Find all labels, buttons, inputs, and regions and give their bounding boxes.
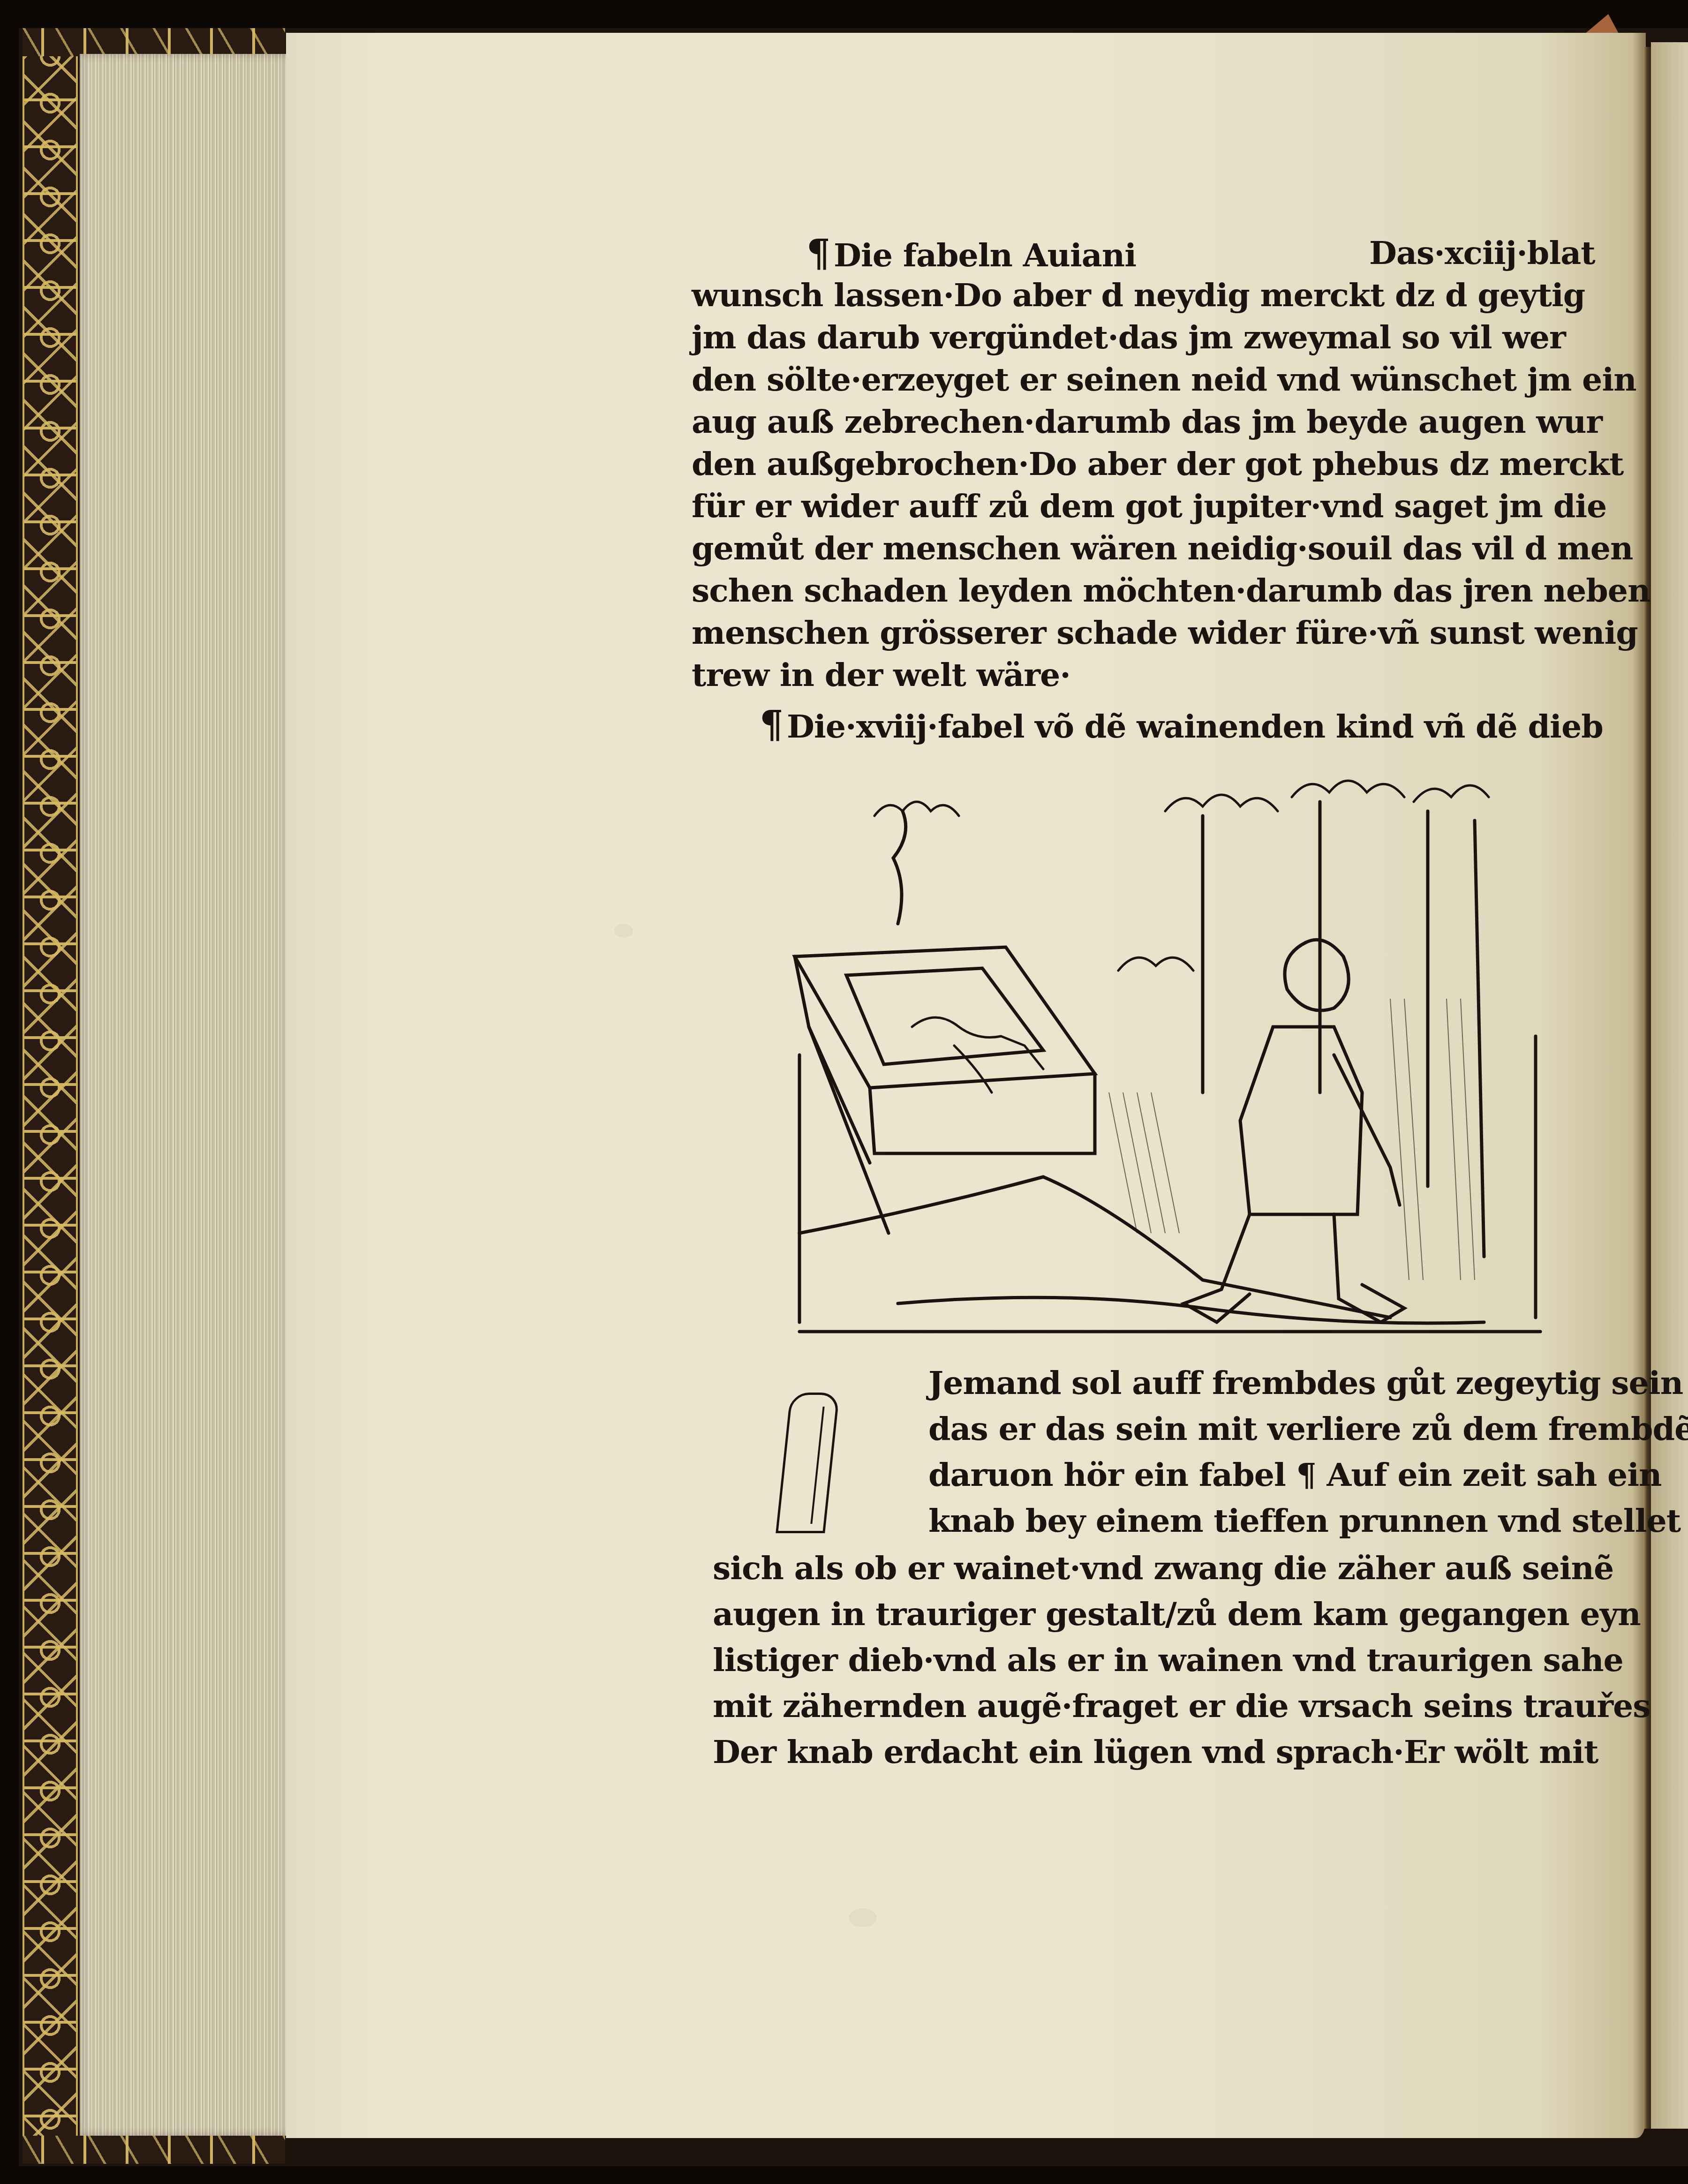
page-block-edges [80, 54, 291, 2136]
pilcrow-icon: ¶ [806, 231, 830, 275]
gilt-border-bottom [23, 2136, 285, 2164]
text-line: schen schaden leyden möchten·darumb das … [692, 570, 1650, 612]
text-line: wunsch lassen·Do aber d neydig merckt dz… [692, 274, 1650, 316]
running-head-title: Die fabeln Auiani [834, 237, 1136, 274]
text-line: aug auß zebrechen·darumb das jm beyde au… [692, 401, 1650, 443]
paper-stain [614, 924, 633, 938]
text-line: jm das darub vergündet·das jm zweymal so… [692, 316, 1650, 359]
facing-page-edge [1651, 42, 1688, 2129]
pilcrow-icon: ¶ [760, 702, 783, 746]
gilt-border-top [23, 28, 285, 56]
text-line: den außgebrochen·Do aber der got phebus … [692, 443, 1650, 485]
fable-heading: ¶Die·xviij·fabel võ dẽ wainenden kind vñ… [760, 703, 1603, 748]
fable-title: Die·xviij·fabel võ dẽ wainenden kind vñ … [787, 708, 1603, 746]
text-line: das er das sein mit verliere zů dem frem… [928, 1408, 1688, 1454]
fable-text-indented: Jemand sol auff frembdes gůt zegeytig se… [928, 1362, 1688, 1546]
woodcut-illustration [781, 764, 1559, 1339]
text-line: Jemand sol auff frembdes gůt zegeytig se… [928, 1362, 1688, 1408]
text-line: trew in der welt wäre· [692, 654, 1650, 696]
text-line: gemůt der menschen wären neidig·souil da… [692, 527, 1650, 570]
running-head-left: ¶Die fabeln Auiani [806, 232, 1136, 277]
body-text: wunsch lassen·Do aber d neydig merckt dz… [692, 274, 1650, 696]
paper-stain [849, 1908, 877, 1927]
text-line: für er wider auff zů dem got jupiter·vnd… [692, 485, 1650, 527]
fable-text: sich als ob er wainet·vnd zwang die zähe… [713, 1547, 1650, 1777]
text-line: mit zähernden augẽ·fraget er die vrsach … [713, 1685, 1650, 1731]
text-line: Der knab erdacht ein lügen vnd sprach·Er… [713, 1731, 1650, 1777]
running-head-right: Das·xciij·blat [1369, 232, 1595, 274]
text-line: augen in trauriger gestalt/zů dem kam ge… [713, 1593, 1650, 1639]
text-line: daruon hör ein fabel ¶ Auf ein zeit sah … [928, 1454, 1688, 1500]
woodcut-weeping-child-and-thief-icon [781, 764, 1559, 1339]
gilt-border-left [23, 33, 78, 2143]
text-line: listiger dieb·vnd als er in wainen vnd t… [713, 1639, 1650, 1685]
text-line: menschen grösserer schade wider füre·vñ … [692, 612, 1650, 654]
text-line: sich als ob er wainet·vnd zwang die zähe… [713, 1547, 1650, 1593]
text-line: den sölte·erzeyget er seinen neid vnd wü… [692, 359, 1650, 401]
text-line: knab bey einem tieffen prunnen vnd stell… [928, 1500, 1688, 1546]
